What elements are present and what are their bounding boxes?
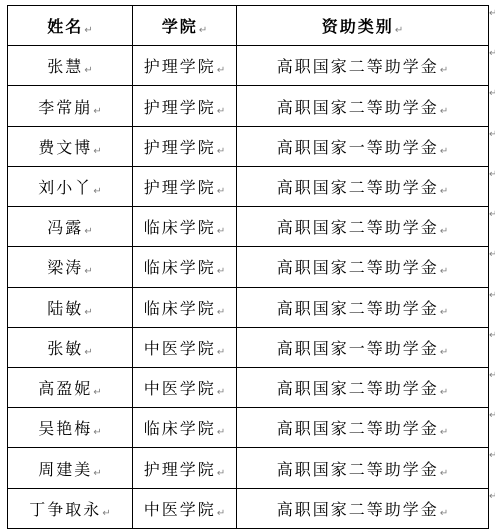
student-name: 李常崩 — [38, 100, 92, 117]
header-label-category: 资助类别 — [322, 19, 394, 36]
college-name: 护理学院 — [144, 180, 216, 197]
college-name: 临床学院 — [144, 220, 216, 237]
student-name: 张慧 — [47, 59, 83, 76]
cell-college: 护理学院↵ — [133, 448, 237, 488]
paragraph-mark-icon: ↵ — [84, 65, 92, 76]
paragraph-mark-icon: ↵ — [217, 307, 225, 318]
paragraph-mark-icon: ↵ — [217, 387, 225, 398]
row-end-marks: ↵↵↵↵↵↵↵↵↵↵↵↵↵ — [489, 5, 495, 528]
cell-college: 中医学院↵ — [133, 367, 237, 407]
table-row: 张慧↵ 护理学院↵ 高职国家二等助学金↵ — [8, 46, 489, 86]
college-name: 护理学院 — [144, 100, 216, 117]
cell-category: 高职国家二等助学金↵ — [237, 247, 489, 287]
header-cell-name: 姓名↵ — [8, 6, 133, 46]
cell-college: 临床学院↵ — [133, 247, 237, 287]
header-label-name: 姓名 — [47, 19, 83, 36]
header-cell-college: 学院↵ — [133, 6, 237, 46]
paragraph-mark-icon: ↵ — [440, 65, 448, 76]
header-label-college: 学院 — [162, 19, 198, 36]
student-name: 丁争取永 — [29, 502, 101, 519]
table-row: 梁涛↵ 临床学院↵ 高职国家二等助学金↵ — [8, 247, 489, 287]
paragraph-mark-icon: ↵ — [217, 106, 225, 117]
table-row: 高盈妮↵ 中医学院↵ 高职国家二等助学金↵ — [8, 367, 489, 407]
paragraph-mark-icon: ↵ — [440, 427, 448, 438]
paragraph-mark-icon: ↵ — [440, 106, 448, 117]
paragraph-mark-icon: ↵ — [217, 65, 225, 76]
cell-name: 张慧↵ — [8, 46, 133, 86]
row-end-mark-icon: ↵ — [489, 85, 495, 125]
cell-category: 高职国家二等助学金↵ — [237, 207, 489, 247]
paragraph-mark-icon: ↵ — [440, 508, 448, 519]
college-name: 护理学院 — [144, 59, 216, 76]
cell-name: 费文博↵ — [8, 126, 133, 166]
funding-category: 高职国家二等助学金 — [277, 301, 439, 318]
paragraph-mark-icon: ↵ — [440, 307, 448, 318]
college-name: 临床学院 — [144, 421, 216, 438]
student-name: 陆敏 — [47, 301, 83, 318]
college-name: 临床学院 — [144, 301, 216, 318]
cell-college: 临床学院↵ — [133, 408, 237, 448]
row-end-mark-icon: ↵ — [489, 5, 495, 45]
paragraph-mark-icon: ↵ — [440, 226, 448, 237]
funding-category: 高职国家二等助学金 — [277, 100, 439, 117]
row-end-mark-icon: ↵ — [489, 407, 495, 447]
cell-category: 高职国家二等助学金↵ — [237, 488, 489, 528]
table-header: 姓名↵ 学院↵ 资助类别↵ — [8, 6, 489, 46]
funding-category: 高职国家二等助学金 — [277, 502, 439, 519]
paragraph-mark-icon: ↵ — [93, 427, 101, 438]
paragraph-mark-icon: ↵ — [84, 307, 92, 318]
cell-name: 周建美↵ — [8, 448, 133, 488]
cell-category: 高职国家二等助学金↵ — [237, 86, 489, 126]
table-row: 张敏↵ 中医学院↵ 高职国家一等助学金↵ — [8, 327, 489, 367]
funding-category: 高职国家二等助学金 — [277, 220, 439, 237]
cell-name: 冯露↵ — [8, 207, 133, 247]
paragraph-mark-icon: ↵ — [102, 508, 110, 519]
paragraph-mark-icon: ↵ — [199, 25, 207, 36]
table-body: 张慧↵ 护理学院↵ 高职国家二等助学金↵ 李常崩↵ 护理学院↵ 高职国家二等助学… — [8, 46, 489, 529]
cell-name: 高盈妮↵ — [8, 367, 133, 407]
row-end-mark-icon: ↵ — [489, 287, 495, 327]
student-name: 高盈妮 — [38, 381, 92, 398]
cell-college: 中医学院↵ — [133, 327, 237, 367]
student-name: 费文博 — [38, 140, 92, 157]
college-name: 临床学院 — [144, 260, 216, 277]
funding-category: 高职国家一等助学金 — [277, 341, 439, 358]
paragraph-mark-icon: ↵ — [395, 25, 403, 36]
paragraph-mark-icon: ↵ — [440, 387, 448, 398]
scholarship-table: 姓名↵ 学院↵ 资助类别↵ 张慧↵ 护理学院↵ 高职国家二等助学金↵ 李常崩↵ … — [7, 5, 489, 529]
college-name: 护理学院 — [144, 140, 216, 157]
header-cell-category: 资助类别↵ — [237, 6, 489, 46]
row-end-mark-icon: ↵ — [489, 327, 495, 367]
document-page: 姓名↵ 学院↵ 资助类别↵ 张慧↵ 护理学院↵ 高职国家二等助学金↵ 李常崩↵ … — [0, 0, 495, 532]
paragraph-mark-icon: ↵ — [217, 468, 225, 479]
cell-category: 高职国家一等助学金↵ — [237, 327, 489, 367]
cell-college: 护理学院↵ — [133, 166, 237, 206]
cell-college: 临床学院↵ — [133, 207, 237, 247]
cell-category: 高职国家二等助学金↵ — [237, 448, 489, 488]
paragraph-mark-icon: ↵ — [84, 226, 92, 237]
paragraph-mark-icon: ↵ — [217, 347, 225, 358]
cell-college: 中医学院↵ — [133, 488, 237, 528]
table-row: 周建美↵ 护理学院↵ 高职国家二等助学金↵ — [8, 448, 489, 488]
cell-college: 护理学院↵ — [133, 126, 237, 166]
funding-category: 高职国家二等助学金 — [277, 59, 439, 76]
paragraph-mark-icon: ↵ — [93, 146, 101, 157]
cell-name: 李常崩↵ — [8, 86, 133, 126]
cell-category: 高职国家二等助学金↵ — [237, 166, 489, 206]
paragraph-mark-icon: ↵ — [93, 468, 101, 479]
table-row: 刘小丫↵ 护理学院↵ 高职国家二等助学金↵ — [8, 166, 489, 206]
college-name: 护理学院 — [144, 462, 216, 479]
table-row: 费文博↵ 护理学院↵ 高职国家一等助学金↵ — [8, 126, 489, 166]
funding-category: 高职国家一等助学金 — [277, 140, 439, 157]
funding-category: 高职国家二等助学金 — [277, 462, 439, 479]
cell-category: 高职国家二等助学金↵ — [237, 408, 489, 448]
paragraph-mark-icon: ↵ — [217, 508, 225, 519]
paragraph-mark-icon: ↵ — [84, 266, 92, 277]
header-row: 姓名↵ 学院↵ 资助类别↵ — [8, 6, 489, 46]
paragraph-mark-icon: ↵ — [84, 25, 92, 36]
college-name: 中医学院 — [144, 341, 216, 358]
cell-category: 高职国家一等助学金↵ — [237, 126, 489, 166]
cell-category: 高职国家二等助学金↵ — [237, 287, 489, 327]
student-name: 冯露 — [47, 220, 83, 237]
student-name: 张敏 — [47, 341, 83, 358]
paragraph-mark-icon: ↵ — [440, 186, 448, 197]
row-end-mark-icon: ↵ — [489, 367, 495, 407]
paragraph-mark-icon: ↵ — [217, 427, 225, 438]
cell-college: 护理学院↵ — [133, 86, 237, 126]
paragraph-mark-icon: ↵ — [84, 347, 92, 358]
cell-college: 护理学院↵ — [133, 46, 237, 86]
paragraph-mark-icon: ↵ — [440, 266, 448, 277]
college-name: 中医学院 — [144, 502, 216, 519]
paragraph-mark-icon: ↵ — [217, 146, 225, 157]
row-end-mark-icon: ↵ — [489, 126, 495, 166]
table-row: 冯露↵ 临床学院↵ 高职国家二等助学金↵ — [8, 207, 489, 247]
cell-name: 丁争取永↵ — [8, 488, 133, 528]
paragraph-mark-icon: ↵ — [217, 266, 225, 277]
cell-name: 陆敏↵ — [8, 287, 133, 327]
college-name: 中医学院 — [144, 381, 216, 398]
table-row: 吴艳梅↵ 临床学院↵ 高职国家二等助学金↵ — [8, 408, 489, 448]
cell-name: 刘小丫↵ — [8, 166, 133, 206]
paragraph-mark-icon: ↵ — [440, 146, 448, 157]
student-name: 梁涛 — [47, 260, 83, 277]
cell-category: 高职国家二等助学金↵ — [237, 46, 489, 86]
table-row: 陆敏↵ 临床学院↵ 高职国家二等助学金↵ — [8, 287, 489, 327]
row-end-mark-icon: ↵ — [489, 246, 495, 286]
paragraph-mark-icon: ↵ — [93, 186, 101, 197]
table-row: 丁争取永↵ 中医学院↵ 高职国家二等助学金↵ — [8, 488, 489, 528]
cell-name: 梁涛↵ — [8, 247, 133, 287]
cell-category: 高职国家二等助学金↵ — [237, 367, 489, 407]
paragraph-mark-icon: ↵ — [93, 106, 101, 117]
student-name: 周建美 — [38, 462, 92, 479]
paragraph-mark-icon: ↵ — [93, 387, 101, 398]
cell-name: 吴艳梅↵ — [8, 408, 133, 448]
row-end-mark-icon: ↵ — [489, 166, 495, 206]
funding-category: 高职国家二等助学金 — [277, 180, 439, 197]
funding-category: 高职国家二等助学金 — [277, 260, 439, 277]
cell-college: 临床学院↵ — [133, 287, 237, 327]
funding-category: 高职国家二等助学金 — [277, 381, 439, 398]
table-row: 李常崩↵ 护理学院↵ 高职国家二等助学金↵ — [8, 86, 489, 126]
cell-name: 张敏↵ — [8, 327, 133, 367]
row-end-mark-icon: ↵ — [489, 447, 495, 487]
paragraph-mark-icon: ↵ — [217, 226, 225, 237]
paragraph-mark-icon: ↵ — [440, 468, 448, 479]
funding-category: 高职国家二等助学金 — [277, 421, 439, 438]
row-end-mark-icon: ↵ — [489, 45, 495, 85]
student-name: 刘小丫 — [38, 180, 92, 197]
row-end-mark-icon: ↵ — [489, 206, 495, 246]
student-name: 吴艳梅 — [38, 421, 92, 438]
paragraph-mark-icon: ↵ — [217, 186, 225, 197]
row-end-mark-icon: ↵ — [489, 488, 495, 528]
paragraph-mark-icon: ↵ — [440, 347, 448, 358]
